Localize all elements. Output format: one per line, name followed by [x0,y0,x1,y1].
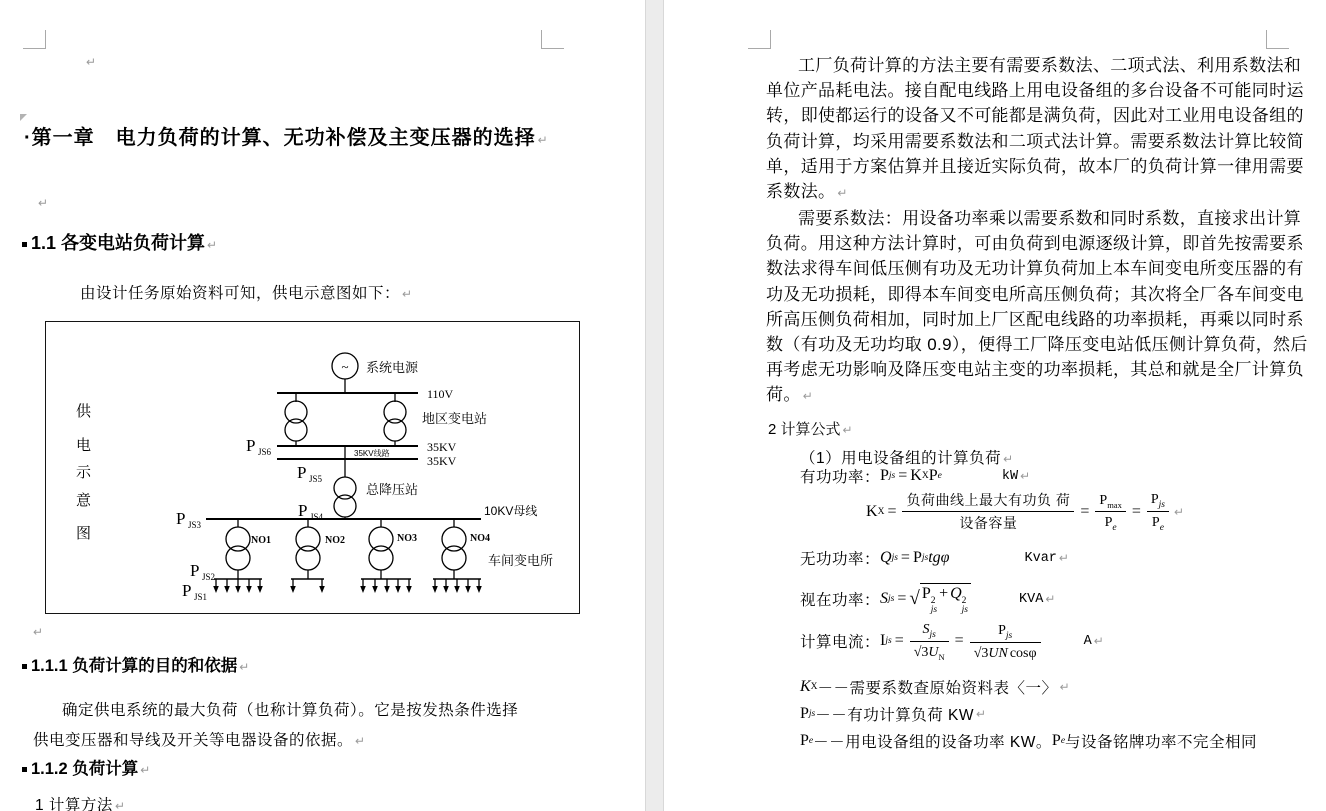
label-35kv-top: 35KV [427,440,457,454]
label-no3: NO3 [397,533,417,544]
paragraph-1-line: 系数法。↵ [766,177,1296,202]
var-s-sub: js [930,630,936,640]
label-pjs3-sub: JS3 [188,520,202,530]
var-p: P [880,467,889,485]
section-1-1-heading: 1.1 各变电站负荷计算↵ [22,229,217,255]
label-35kv-bottom: 35KV [427,454,457,468]
var-un: UN [988,646,1007,661]
var-i-sub: js [885,636,891,646]
label-pjs2: P [190,561,199,580]
label-110v: 110V [427,387,454,401]
crop-mark-left-page-top-right [541,30,564,49]
load-arrows-no4 [435,579,479,587]
formula-reactive-power: 无功功率： Qjs = Pjs tgφ Kvar ↵ [800,547,1069,569]
unit-kw: kW [1002,469,1018,484]
paragraph-1: 工厂负荷计算的方法主要有需要系数法、二项式法、利用系数法和 单位产品耗电法。接自… [766,51,1296,202]
fn-cos-phi: cosφ [1010,646,1037,661]
paragraph-mark: ↵ [140,763,150,777]
var-k: K [800,678,811,696]
body-1-1-2-text: 1 计算方法 [35,797,113,811]
calc-formula-heading: 2 计算公式↵ [768,418,853,439]
equals-sign: = [1132,503,1141,521]
paragraph-mark: ↵ [207,238,217,252]
paragraph-mark: ↵ [86,55,96,69]
crop-mark-left-page-top-left [23,30,46,49]
label-main-stepdown-station: 总降压站 [366,482,418,497]
label-pjs5-sub: JS5 [309,474,323,484]
label-no4: NO4 [470,533,490,544]
formula-current-label: 计算电流： [800,630,880,652]
side-char-dian: 电 [76,436,91,454]
paragraph-1-line: 负荷计算，均采用需要系数法和二项式法计算。需要系数法计算比较简 [766,127,1296,152]
var-pe-sub: e [1160,523,1164,533]
paragraph-2-line: 需要系数法：用设备功率乘以需要系数和同时系数，直接求出计算 [766,204,1296,229]
fraction-load-curve: 负荷曲线上最大有功负 荷 设备容量 [902,490,1074,533]
var-s-sub: js [888,594,894,604]
formula-apparent-label: 视在功率： [800,588,880,610]
var-pe-sub: e [938,471,942,481]
definition-pjs-text: －－有功计算负荷 KW [815,703,974,725]
intro-paragraph: 由设计任务原始资料可知，供电示意图如下：↵ [80,281,413,303]
paragraph-2-line: 功及无功损耗，即得本车间变电所高压侧负荷；其次将全厂各车间变电 [766,280,1296,305]
var-p-sub: js [931,606,937,615]
var-p-sub: js [889,471,895,481]
definition-kx: KX －－需要系数查原始资料表〈一〉 ↵ [800,676,1070,698]
body-1-1-1-line2-text: 供电变压器和导线及开关等电器设备的依据。 [33,732,353,749]
heading-style-square-marker [22,664,27,669]
plus-sign: + [939,585,948,602]
var-pe: P [1052,732,1061,750]
section-1-1-1-heading: 1.1.1 负荷计算的目的和依据↵ [22,652,249,676]
paragraph-mark: ↵ [402,287,413,301]
definition-pe: Pe －－用电设备组的设备功率 KW。 Pe 与设备铭牌功率不完全相同 [800,730,1257,752]
paragraph-2: 需要系数法：用设备功率乘以需要系数和同时系数，直接求出计算 负荷。用这种方法计算… [766,204,1296,406]
equals-sign: = [898,467,907,485]
paragraph-mark: ↵ [1045,592,1055,606]
load-arrows-no1 [216,579,260,587]
side-char-tu: 图 [76,525,91,542]
body-1-1-2: 1 计算方法↵ [35,793,126,811]
paragraph-mark: ↵ [355,734,366,748]
paragraph-1-line: 单位产品耗电法。接自配电线路上用电设备组的多台设备不可能同时运 [766,76,1296,101]
var-p: P [998,623,1006,638]
var-p: P [922,585,931,602]
section-1-1-2-heading-text: 1.1.2 负荷计算 [31,760,138,778]
var-pe-sub: e [1112,523,1116,533]
formula-active-power: 有功功率： Pjs = KX Pe kW ↵ [800,465,1030,487]
power-supply-diagram: ~ 系统电源 110V 地区变电站 35KV 35KV 35KV线路 P JS6… [46,322,579,613]
load-arrowheads [213,586,482,593]
sqrt-3: √3 [974,646,989,661]
formula-calc-current: 计算电流： Ijs = Sjs √3UN = Pjs √3UNcosφ A ↵ [800,620,1104,662]
var-k-sub: X [811,682,818,692]
definition-kx-text: －－需要系数查原始资料表〈一〉 [818,676,1058,698]
var-p: P [800,705,809,723]
paragraph-mark: ↵ [1094,634,1104,648]
paragraph-2-line: 荷。↵ [766,380,1296,405]
label-pjs4: P [298,501,307,520]
definition-pjs: Pjs －－有功计算负荷 KW ↵ [800,703,986,725]
equals-sign: = [1080,503,1089,521]
word-document-canvas: { "meta": { "pilcrow": "↵", "chapter_mar… [0,0,1326,811]
label-pjs1: P [182,581,191,600]
var-k: K [910,467,922,485]
paragraph-1-line: 单，适用于方案估算并且接近实际负荷，故本厂的负荷计算一律用需要 [766,152,1296,177]
var-s: S [880,590,888,608]
unit-a: A [1084,634,1092,649]
label-workshop-substation: 车间变电所 [488,553,553,568]
paragraph-mark: ↵ [33,625,43,639]
paragraph-2-line: 数法求得车间低压侧有功及无功计算负荷加上本车间变电所变压器的有 [766,254,1296,279]
unit-kva: KVA [1019,592,1043,607]
main-transformer-symbol [334,477,356,499]
fraction-pmax-pe: Pmax Pe [1095,491,1125,533]
formula-apparent-power: 视在功率： Sjs = √P2js+Q2js KVA ↵ [800,583,1055,615]
var-s: S [923,622,930,637]
load-arrows-no2 [293,579,322,587]
label-pjs4-sub: JS4 [310,512,324,522]
equals-sign: = [897,590,906,608]
calc-formula-heading-text: 2 计算公式 [768,421,841,438]
paragraph-mark: ↵ [1020,469,1030,483]
paragraph-mark: ↵ [803,389,813,403]
paragraph-1-last-text: 系数法。 [766,182,835,201]
label-pjs6: P [246,436,255,455]
radicand: P2js+Q2js [920,583,971,615]
formula-active-label: 有功功率： [800,465,880,487]
paragraph-mark: ↵ [115,799,126,811]
section-1-1-2-heading: 1.1.2 负荷计算↵ [22,755,150,779]
page-gap-divider [645,0,664,811]
label-pjs5: P [297,463,306,482]
formula-reactive-label: 无功功率： [800,547,880,569]
var-q: Q [950,585,962,602]
paragraph-1-line: 转，即使都运行的设备又不可能都是满负荷，因此对工业用电设备组的 [766,101,1296,126]
paragraph-mark: ↵ [843,423,853,437]
paragraph-mark: ↵ [239,660,249,674]
paragraph-2-line: 数（有功及无功均取 0.9），便得工厂降压变电站低压侧计算负荷，然后 [766,330,1296,355]
var-pe: P [1152,515,1160,530]
var-pjs-sub: js [1159,500,1165,510]
chapter-heading: ·第一章 电力负荷的计算、无功补偿及主变压器的选择↵ [24,121,549,150]
fraction-p-sqrt3un: Pjs √3UNcosφ [970,621,1041,662]
var-pe: P [929,467,938,485]
paragraph-mark: ↵ [538,133,549,147]
var-q-supsub: 2js [962,597,968,615]
formula-kx: KX = 负荷曲线上最大有功负 荷 设备容量 = Pmax Pe = Pjs P… [866,490,1184,533]
paragraph-mark: ↵ [1003,452,1014,466]
paragraph-mark: ↵ [1059,551,1069,565]
label-region-substation: 地区变电站 [422,411,487,426]
generator-tilde: ~ [341,359,348,374]
load-arrows-no3 [363,579,409,587]
fraction-pjs-pe: Pjs Pe [1147,490,1169,533]
definition-pe-text2: 与设备铭牌功率不完全相同 [1065,730,1257,752]
heading-style-square-marker [22,767,27,772]
crop-mark-right-page-top-left [748,30,771,49]
body-1-1-1-line1: 确定供电系统的最大负荷（也称计算负荷）。它是按发热条件选择 [62,698,518,720]
side-char-shi: 示 [76,464,92,481]
var-p-supsub: 2js [931,597,937,615]
power-supply-diagram-frame: ~ 系统电源 110V 地区变电站 35KV 35KV 35KV线路 P JS6… [45,321,580,614]
side-char-gong: 供 [76,403,92,420]
var-u-sub: N [939,652,945,662]
equals-sign: = [895,632,904,650]
var-q-sub: js [892,553,898,563]
label-no2: NO2 [325,535,345,546]
var-k-sub: X [922,471,929,481]
crop-mark-right-page-top-right [1266,30,1289,49]
var-kx-sub: X [878,507,885,517]
fraction-denominator: 设备容量 [902,512,1074,533]
intro-text: 由设计任务原始资料可知，供电示意图如下： [80,285,400,302]
var-p: P [913,549,922,567]
fraction-s-sqrt3u: Sjs √3UN [910,620,949,662]
heading-style-square-marker [22,242,27,247]
label-pjs2-sub: JS2 [202,572,215,582]
sqrt-3: √3 [914,645,929,660]
diagram-side-title: 供 电 示 意 图 [76,403,92,542]
paragraph-2-last-text: 荷。 [766,385,801,404]
paragraph-mark: ↵ [976,707,986,721]
label-10kv-bus: 10KV母线 [484,503,537,518]
var-q-sub: js [962,606,968,615]
chapter-bullet-marker: · [24,127,32,149]
label-no1: NO1 [251,535,271,546]
paragraph-mark: ↵ [1060,680,1070,694]
heading-style-triangle-marker [20,114,27,121]
paragraph-mark: ↵ [1174,505,1184,519]
sqrt-symbol: √ [909,588,919,610]
paragraph-mark: ↵ [38,196,48,210]
label-pjs6-sub: JS6 [258,447,272,457]
fraction-numerator: 负荷曲线上最大有功负 荷 [902,490,1074,512]
side-char-yi: 意 [76,492,91,509]
paragraph-2-line: 负荷。用这种方法计算时，可由负荷到电源逐级计算，即首先按需要系 [766,229,1296,254]
chapter-heading-text: 第一章 电力负荷的计算、无功补偿及主变压器的选择 [32,127,536,149]
var-p-sub: js [1006,631,1012,641]
paragraph-2-line: 所高压侧负荷相加，同时加上厂区配电线路的功率损耗，再乘以同时系 [766,305,1296,330]
var-q: Q [880,549,892,567]
var-u: U [928,645,938,660]
label-35kv-line: 35KV线路 [354,448,390,458]
body-1-1-1-line2: 供电变压器和导线及开关等电器设备的依据。↵ [33,728,366,750]
section-1-1-1-heading-text: 1.1.1 负荷计算的目的和依据 [31,657,237,675]
var-pjs: P [1151,492,1159,507]
definition-pe-text: －－用电设备组的设备功率 KW。 [813,730,1052,752]
label-system-source: 系统电源 [366,360,419,375]
paragraph-mark: ↵ [837,186,847,200]
equals-sign: = [955,632,964,650]
equals-sign: = [901,549,910,567]
paragraph-1-line: 工厂负荷计算的方法主要有需要系数法、二项式法、利用系数法和 [766,51,1296,76]
fn-tg-phi: tgφ [928,549,949,567]
unit-kvar: Kvar [1025,551,1057,566]
var-kx: K [866,503,878,521]
var-pmax-sub: max [1107,500,1122,510]
label-pjs3: P [176,509,185,528]
paragraph-2-line: 再考虑无功影响及降压变电站主变的功率损耗，其总和就是全厂计算负 [766,355,1296,380]
var-pe: P [800,732,809,750]
label-pjs1-sub: JS1 [194,592,207,602]
equals-sign: = [887,503,896,521]
section-1-1-heading-text: 1.1 各变电站负荷计算 [31,233,205,253]
